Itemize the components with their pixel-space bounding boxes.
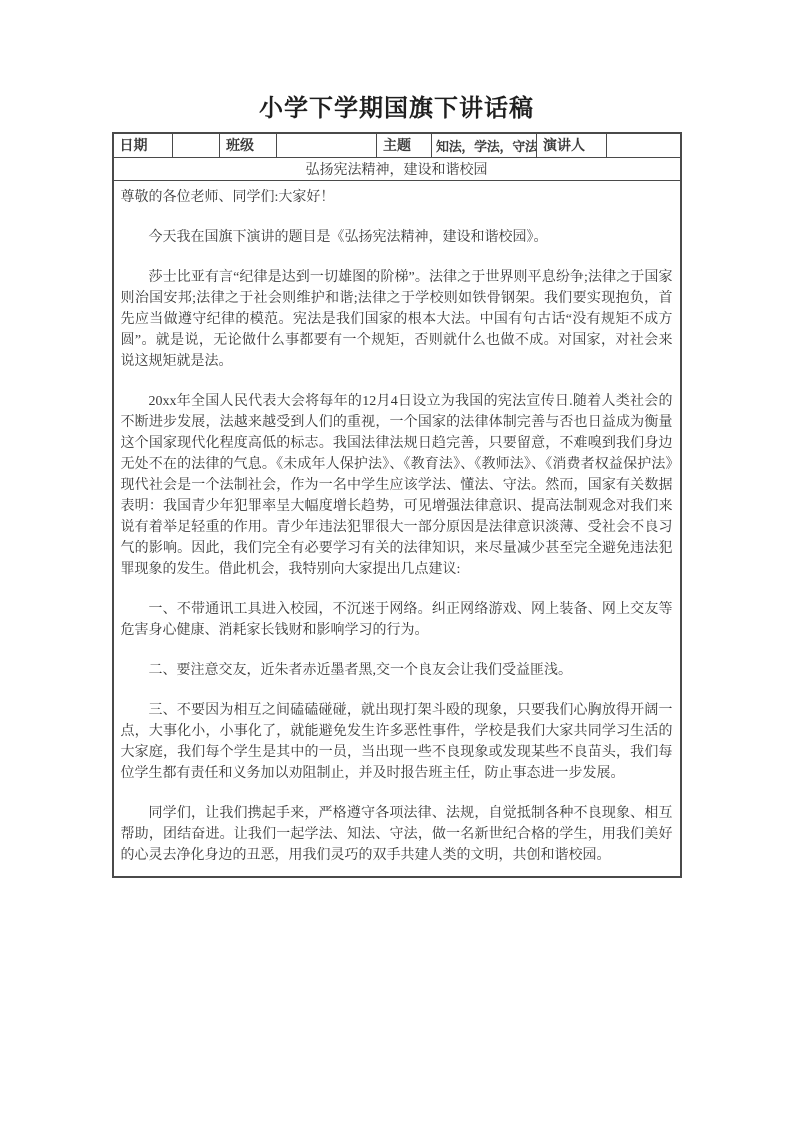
date-label-cell: 日期	[113, 133, 173, 157]
class-label-cell: 班级	[220, 133, 277, 157]
speaker-value-cell	[607, 133, 681, 157]
speech-body-row: 尊敬的各位老师、同学们:大家好！ 今天我在国旗下演讲的题目是《弘扬宪法精神，建设…	[113, 180, 681, 877]
quote-paragraph: 莎士比亚有言“纪律是达到一切雄图的阶梯”。法律之于世界则平息纷争;法律之于国家则…	[121, 267, 673, 372]
suggestion-1-paragraph: 一、不带通讯工具进入校园，不沉迷于网络。纠正网络游戏、网上装备、网上交友等危害身…	[121, 599, 673, 641]
speech-text: 尊敬的各位老师、同学们:大家好！ 今天我在国旗下演讲的题目是《弘扬宪法精神，建设…	[121, 187, 673, 866]
date-value-cell	[173, 133, 220, 157]
suggestion-3-paragraph: 三、不要因为相互之间磕磕碰碰，就出现打架斗殴的现象，只要我们心胸放得开阔一点，大…	[121, 700, 673, 784]
intro-paragraph: 今天我在国旗下演讲的题目是《弘扬宪法精神，建设和谐校园》。	[121, 227, 673, 248]
topic-value-cell: 知法，学法，守法	[432, 133, 537, 157]
topic-label-cell: 主题	[377, 133, 432, 157]
speech-info-table: 日期 班级 主题 知法，学法，守法 演讲人 弘扬宪法精神，建设和谐校园 尊敬的各…	[112, 132, 682, 878]
class-value-cell	[277, 133, 377, 157]
closing-paragraph: 同学们，让我们携起手来，严格遵守各项法律、法规，自觉抵制各种不良现象、相互帮助，…	[121, 803, 673, 866]
speaker-label-cell: 演讲人	[537, 133, 607, 157]
speech-body-cell: 尊敬的各位老师、同学们:大家好！ 今天我在国旗下演讲的题目是《弘扬宪法精神，建设…	[113, 180, 681, 877]
greeting-paragraph: 尊敬的各位老师、同学们:大家好！	[121, 187, 673, 208]
law-overview-paragraph: 20xx年全国人民代表大会将每年的12月4日设立为我国的宪法宣传日.随着人类社会…	[121, 391, 673, 580]
subtitle-row: 弘扬宪法精神，建设和谐校园	[113, 157, 681, 180]
suggestion-2-paragraph: 二、要注意交友，近朱者赤近墨者黑,交一个良友会让我们受益匪浅。	[121, 660, 673, 681]
page-title: 小学下学期国旗下讲话稿	[0, 0, 793, 124]
table-header-row: 日期 班级 主题 知法，学法，守法 演讲人	[113, 133, 681, 157]
subtitle-cell: 弘扬宪法精神，建设和谐校园	[113, 157, 681, 180]
document-page: 小学下学期国旗下讲话稿 日期 班级 主题 知法，学法，守法 演讲人	[0, 0, 793, 1122]
